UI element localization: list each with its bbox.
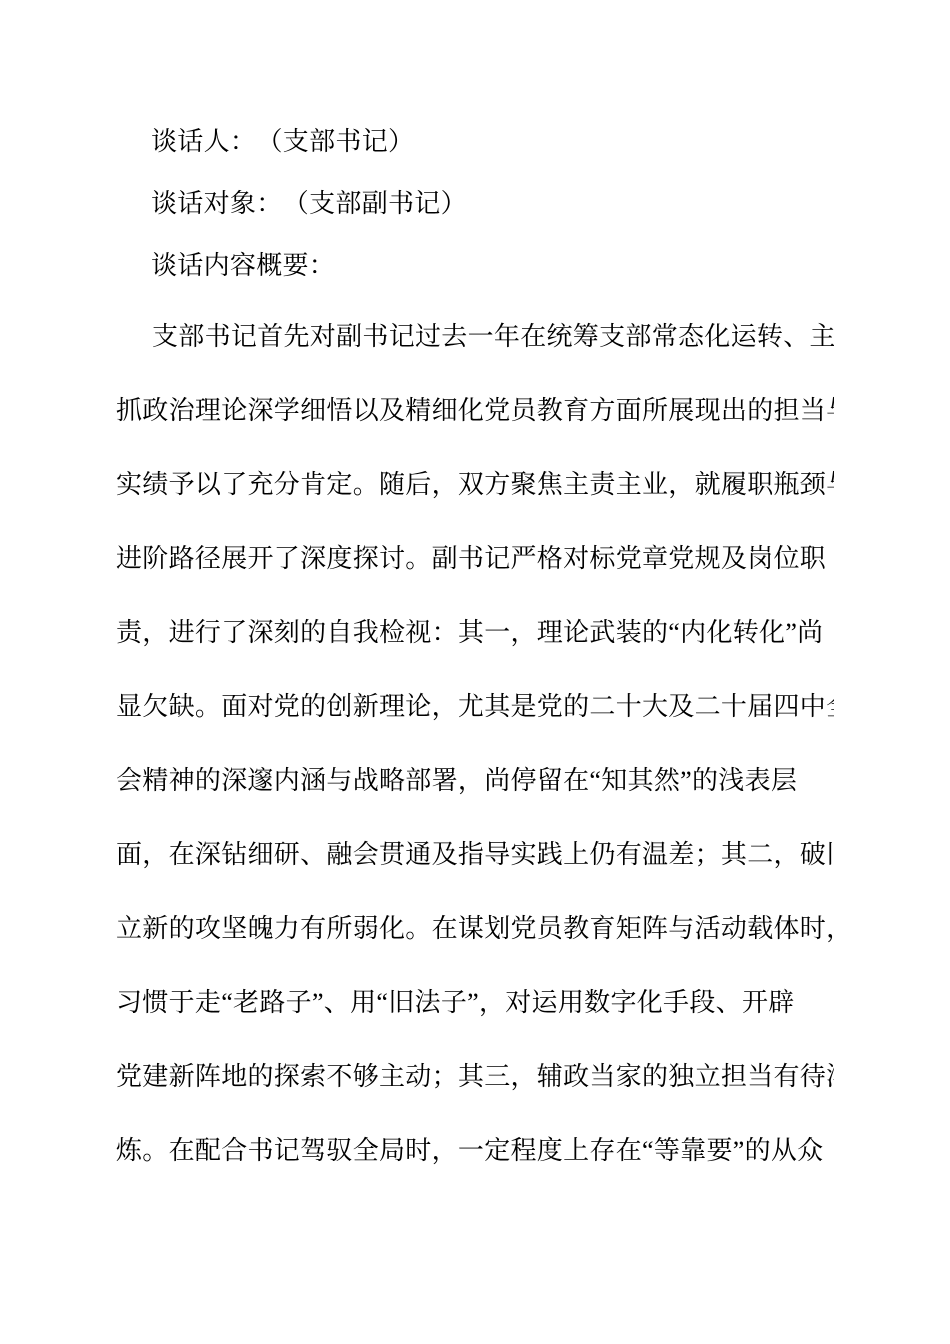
paragraph-line: 抓政治理论深学细悟以及精细化党员教育方面所展现出的担当与: [116, 374, 834, 448]
paragraph-line: 支部书记首先对副书记过去一年在统筹支部常态化运转、主: [116, 300, 834, 374]
paragraph-line: 实绩予以了充分肯定。随后，双方聚焦主责主业，就履职瓶颈与: [116, 448, 834, 522]
meta-line-interviewer: 谈话人： （支部书记）: [116, 111, 834, 173]
paragraph-line: 面，在深钻细研、融会贯通及指导实践上仍有温差；其二，破旧: [116, 818, 834, 892]
paragraph-line: 立新的攻坚魄力有所弱化。在谋划党员教育矩阵与活动载体时，: [116, 892, 834, 966]
paragraph-line: 炼。在配合书记驾驭全局时，一定程度上存在“等靠要”的从众: [116, 1114, 834, 1188]
document-page: 谈话人： （支部书记） 谈话对象： （支部副书记） 谈话内容概要： 支部书记首先…: [0, 0, 950, 1344]
meta-line-summary-label: 谈话内容概要：: [116, 235, 834, 297]
paragraph-line: 党建新阵地的探索不够主动；其三，辅政当家的独立担当有待淬: [116, 1040, 834, 1114]
meta-line-interviewee: 谈话对象： （支部副书记）: [116, 173, 834, 235]
paragraph-line: 会精神的深邃内涵与战略部署，尚停留在“知其然”的浅表层: [116, 744, 834, 818]
paragraph-line: 责，进行了深刻的自我检视：其一，理论武装的“内化转化”尚: [116, 596, 834, 670]
summary-paragraph: 支部书记首先对副书记过去一年在统筹支部常态化运转、主 抓政治理论深学细悟以及精细…: [116, 300, 834, 1188]
paragraph-line: 进阶路径展开了深度探讨。副书记严格对标党章党规及岗位职: [116, 522, 834, 596]
paragraph-line: 习惯于走“老路子”、用“旧法子”，对运用数字化手段、开辟: [116, 966, 834, 1040]
paragraph-line: 显欠缺。面对党的创新理论，尤其是党的二十大及二十届四中全: [116, 670, 834, 744]
